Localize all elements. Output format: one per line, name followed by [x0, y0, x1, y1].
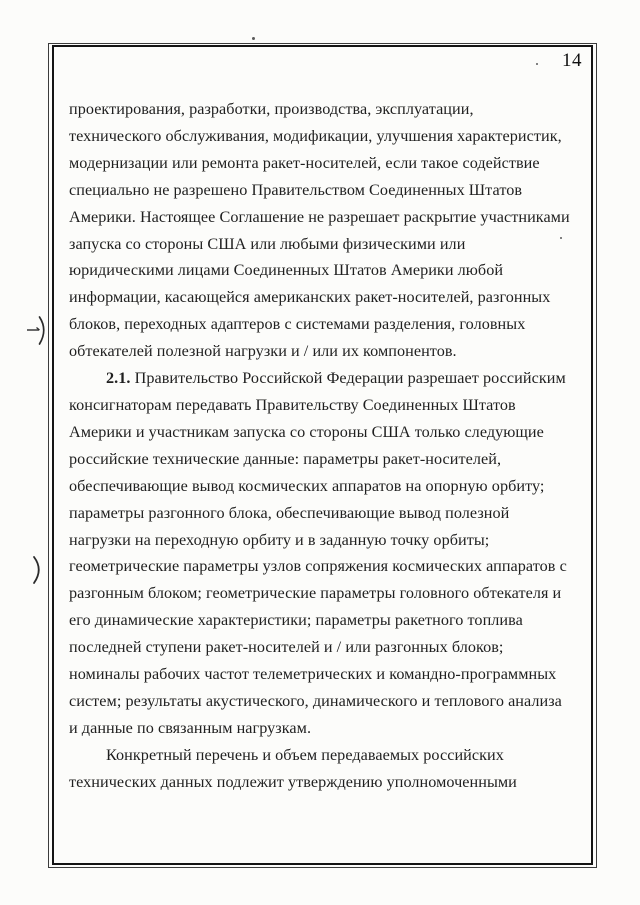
text-line: разгонным блоком; геометрические парамет… [69, 580, 590, 607]
text-line: Конкретный перечень и объем передаваемых… [69, 742, 590, 769]
text-line: модернизации или ремонта ракет-носителей… [69, 150, 590, 177]
text-line: специально не разрешено Правительством С… [69, 177, 590, 204]
text-line: технического обслуживания, модификации, … [69, 123, 590, 150]
text-line: консигнаторам передавать Правительству С… [69, 392, 590, 419]
scan-speck [560, 237, 562, 239]
text-line: геометрические параметры узлов сопряжени… [69, 553, 590, 580]
text-line: запуска со стороны США или любыми физиче… [69, 231, 590, 258]
text-line: систем; результаты акустического, динами… [69, 688, 590, 715]
arrow-paren-mark-icon [26, 313, 52, 349]
text-line: обеспечивающие вывод космических аппарат… [69, 473, 590, 500]
section-number: 2.1. [106, 369, 130, 387]
scan-speck [252, 37, 255, 40]
paren-mark-icon [31, 555, 47, 587]
text-line: информации, касающейся американских раке… [69, 284, 590, 311]
text-line: проектирования, разработки, производства… [69, 96, 590, 123]
text-line: блоков, переходных адаптеров с системами… [69, 311, 590, 338]
body-text: проектирования, разработки, производства… [69, 96, 590, 796]
text-line: обтекателей полезной нагрузки и / или их… [69, 338, 590, 365]
text-line: последней ступени ракет-носителей и / ил… [69, 634, 590, 661]
page-number: 14 [562, 50, 582, 72]
scanned-page: 14 проектирования, разработки, производс… [0, 0, 640, 905]
text-line: 2.1. Правительство Российской Федерации … [69, 365, 590, 392]
text-line: параметры разгонного блока, обеспечивающ… [69, 500, 590, 527]
text-line: и данные по связанным нагрузкам. [69, 715, 590, 742]
text-line-content: Правительство Российской Федерации разре… [135, 369, 566, 387]
text-line: российские технические данные: параметры… [69, 446, 590, 473]
text-line: технических данных подлежит утверждению … [69, 769, 590, 796]
text-line: его динамические характеристики; парамет… [69, 607, 590, 634]
scan-speck [536, 63, 538, 65]
text-line: нагрузки на переходную орбиту и в заданн… [69, 527, 590, 554]
text-line: Америки и участникам запуска со стороны … [69, 419, 590, 446]
text-line: номиналы рабочих частот телеметрических … [69, 661, 590, 688]
text-line: Америки. Настоящее Соглашение не разреша… [69, 204, 590, 231]
text-line: юридическими лицами Соединенных Штатов А… [69, 257, 590, 284]
